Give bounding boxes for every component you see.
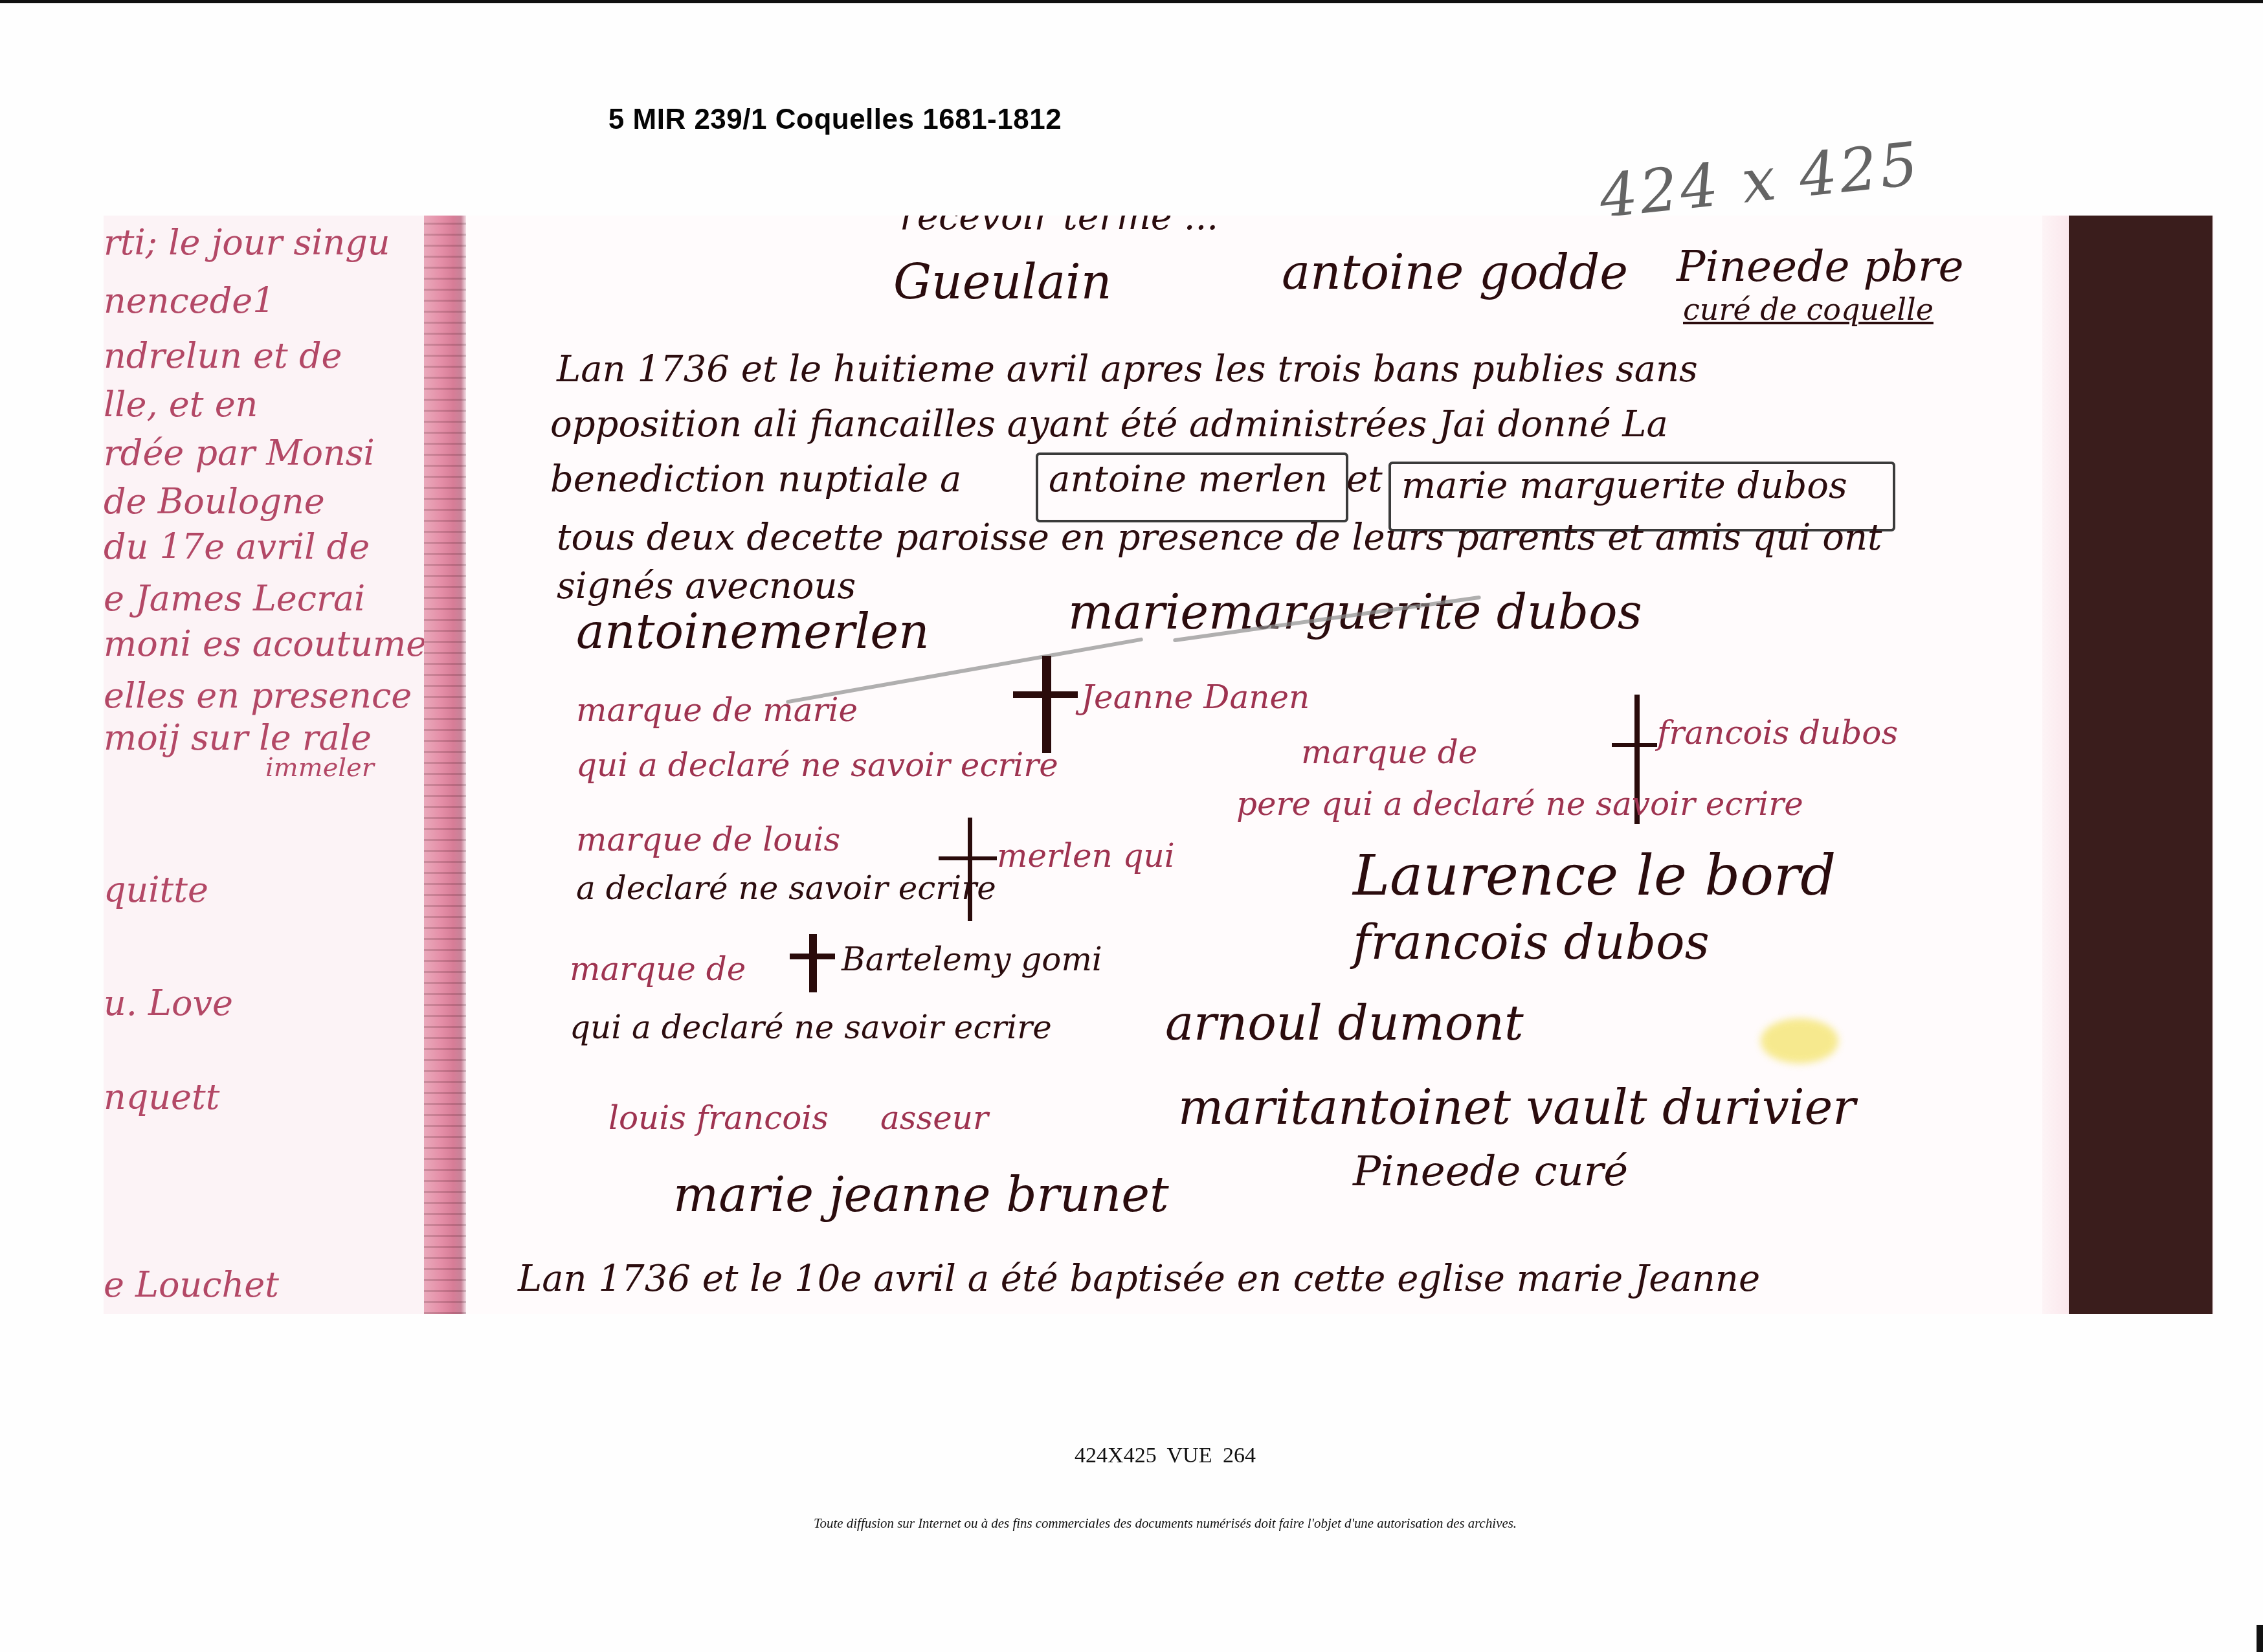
left-line: elles en presence: [104, 675, 412, 716]
document-title: 5 MIR 239/1 Coquelles 1681-1812: [0, 104, 1670, 136]
left-line: e Louchet: [104, 1264, 279, 1305]
left-line: u. Love: [104, 983, 233, 1023]
page-gutter: [424, 216, 466, 1314]
corner-mark: [2257, 1625, 2263, 1652]
mark-name: merlen qui: [997, 837, 1175, 875]
signature-groom: antoinemerlen: [576, 604, 930, 660]
entry-line: benediction nuptiale a: [550, 458, 961, 500]
vue-caption: 424X425 VUE 264: [0, 1444, 2263, 1468]
mark-name: francois dubos: [1657, 714, 1898, 752]
cross-mark: [1042, 656, 1051, 753]
signature-priest-bottom: Pineede curé: [1353, 1148, 1628, 1196]
signature-antoine-godde: antoine godde: [1282, 245, 1628, 300]
connector-text: et: [1346, 458, 1383, 500]
signature-priest: Pineede pbre: [1677, 241, 1964, 291]
cross-mark: [809, 934, 817, 992]
mark-text: marque de: [1301, 733, 1477, 771]
signature-witness: maritantoinet vault durivier: [1178, 1080, 1856, 1135]
signature-witness: louis francois: [608, 1099, 829, 1137]
left-line: ndrelun et de: [104, 335, 342, 376]
boxed-bride-name: marie marguerite dubos: [1401, 465, 1847, 507]
signature-witness: francois dubos: [1353, 915, 1710, 970]
top-fragment: recevoir terme ...: [900, 216, 1218, 238]
signature-witness: marie jeanne brunet: [673, 1167, 1169, 1223]
left-line: nencede1: [104, 280, 275, 321]
top-border: [0, 0, 2263, 3]
entry-line: Lan 1736 et le huitieme avril apres les …: [557, 348, 1698, 390]
mark-name: Bartelemy gomi: [842, 941, 1102, 978]
paper-stain: [1761, 1018, 1838, 1064]
entry-line: tous deux decette paroisse en presence d…: [557, 517, 1882, 559]
cross-mark: [790, 954, 835, 959]
entry-line: opposition ali fiancailles ayant été adm…: [550, 403, 1668, 445]
left-line: lle, et en: [104, 384, 258, 425]
left-line: rdée par Monsi: [104, 432, 375, 473]
register-scan: rti; le jour singu nencede1 ndrelun et d…: [104, 216, 2214, 1314]
entry-line: signés avecnous: [557, 565, 856, 607]
mark-text: qui a declaré ne savoir ecrire: [576, 746, 1058, 784]
boxed-groom-name: antoine merlen: [1049, 458, 1328, 500]
cross-mark: [939, 856, 997, 860]
cross-mark: [1013, 691, 1078, 698]
signature-gueulain: Gueulain: [893, 254, 1111, 310]
left-line: immeler: [265, 753, 374, 783]
left-line: moij sur le rale: [104, 717, 372, 758]
mark-text: marque de louis: [576, 821, 840, 858]
copyright-notice: Toute diffusion sur Internet ou à des fi…: [58, 1515, 2263, 1532]
left-page: rti; le jour singu nencede1 ndrelun et d…: [104, 216, 424, 1314]
left-line: nquett: [104, 1077, 219, 1117]
mark-text: marque de: [570, 950, 746, 988]
left-line: de Boulogne: [104, 481, 325, 522]
signature-priest-title: curé de coquelle: [1683, 292, 1934, 327]
signature-witness: Laurence le bord: [1353, 843, 1836, 908]
left-line: quitte: [104, 869, 208, 910]
cross-mark: [1612, 743, 1657, 747]
mark-text: pere qui a declaré ne savoir ecrire: [1236, 785, 1803, 823]
scan-dark-border: [2069, 216, 2213, 1314]
mark-text: qui a declaré ne savoir ecrire: [570, 1009, 1052, 1046]
left-line: e James Lecrai: [104, 578, 365, 619]
mark-text: a declaré ne savoir ecrire: [576, 869, 996, 907]
left-line: rti; le jour singu: [104, 222, 390, 263]
mark-text: marque de marie: [576, 691, 858, 729]
left-line: moni es acoutume: [104, 623, 427, 664]
signature-witness: arnoul dumont: [1165, 996, 1524, 1051]
signature-witness: asseur: [880, 1099, 988, 1137]
next-entry-line: Lan 1736 et le 10e avril a été baptisée …: [518, 1258, 1760, 1300]
mark-name: Jeanne Danen: [1081, 678, 1310, 716]
left-line: du 17e avril de: [104, 526, 370, 567]
